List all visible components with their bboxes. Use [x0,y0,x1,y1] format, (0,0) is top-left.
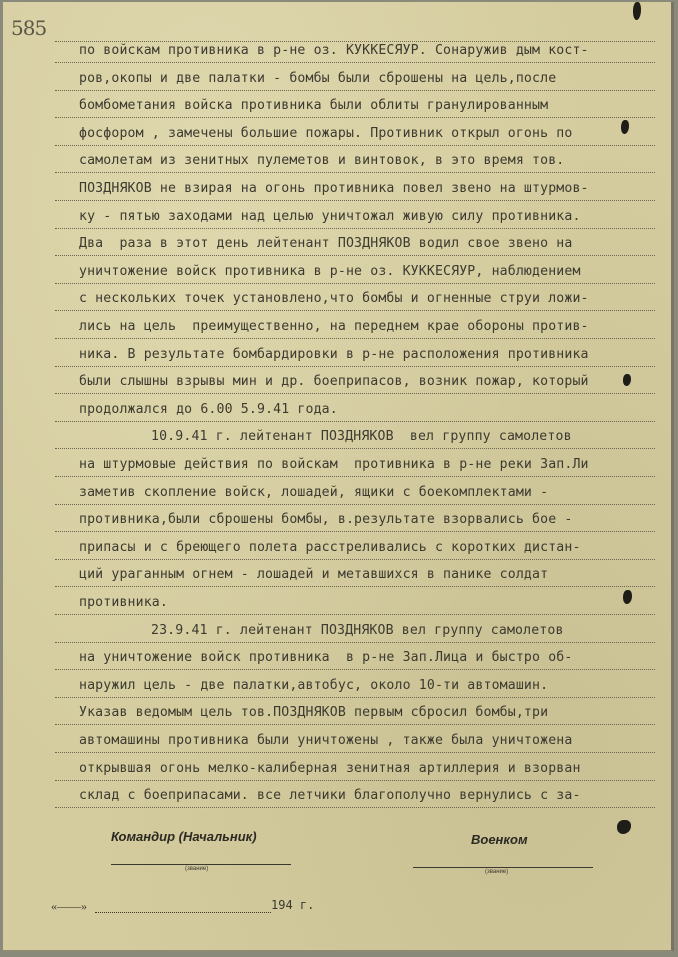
page-number: 585 [11,16,46,40]
ruled-line [55,227,655,229]
text-line: ПОЗДНЯКОВ не взирая на огонь противника … [79,181,589,196]
date-year-label: 194 г. [271,898,314,912]
ruled-line [55,585,655,587]
ruled-line [55,668,655,670]
text-line: ров,окопы и две палатки - бомбы были сбр… [79,71,556,86]
text-line: противника,были сброшены бомбы, в.резуль… [79,512,572,527]
ruled-line [55,61,655,63]
text-line: самолетам из зенитных пулеметов и винтов… [79,153,564,168]
ruled-line [55,806,655,808]
ruled-line [55,144,655,146]
ruled-line [55,116,655,118]
ruled-line [55,475,655,477]
text-line: на уничтожение войск противника в р-не З… [79,650,572,665]
ink-blot [633,2,641,20]
text-line: продолжался до 6.00 5.9.41 года. [79,402,338,417]
ink-blot [623,590,632,604]
ruled-line [55,420,655,422]
ink-blot [617,820,631,834]
text-line: с нескольких точек установлено,что бомбы… [79,291,589,306]
ruled-line [55,337,655,339]
text-line: уничтожение войск противника в р-не оз. … [79,264,581,279]
text-line: Указав ведомым цель тов.ПОЗДНЯКОВ первым… [79,705,548,720]
ruled-line [55,613,655,615]
ruled-line [55,696,655,698]
ruled-line [55,199,655,201]
ruled-line [55,365,655,367]
text-line: ку - пятью заходами над целью уничтожал … [79,209,581,224]
commander-label: Командир (Начальник) [111,829,257,844]
text-line: 10.9.41 г. лейтенант ПОЗДНЯКОВ вел групп… [151,429,572,444]
commissar-caption: (звание) [485,869,508,875]
commissar-label: Военком [471,832,528,847]
ruled-line [55,723,655,725]
text-line: автомашины противника были уничтожены , … [79,733,572,748]
ruled-line [55,309,655,311]
ruled-line [55,779,655,781]
ruled-line [55,89,655,91]
text-line: лись на цель преимущественно, на передне… [79,319,589,334]
ruled-line [55,447,655,449]
text-line: фосфором , замечены большие пожары. Прот… [79,126,572,141]
ruled-line [55,641,655,643]
ruled-line [55,40,655,42]
document-page: 585 Командир (Начальник) (звание) Военко… [3,2,674,952]
text-line: были слышны взрывы мин и др. боеприпасов… [79,374,589,389]
date-day-field: «——» [51,899,87,914]
date-month-field [95,911,271,913]
text-line: 23.9.41 г. лейтенант ПОЗДНЯКОВ вел групп… [151,623,564,638]
ruled-line [55,530,655,532]
ink-blot [621,120,629,134]
text-line: заметив скопление войск, лошадей, ящики … [79,485,548,500]
ruled-line [55,751,655,753]
ruled-line [55,503,655,505]
text-line: бомбометания войска противника были обли… [79,98,548,113]
commander-caption: (звание) [185,866,208,872]
text-line: наружил цель - две палатки,автобус, окол… [79,678,548,693]
ruled-line [55,254,655,256]
ink-blot [623,374,631,386]
text-line: ций ураганным огнем - лошадей и метавших… [79,567,548,582]
text-line: противника. [79,595,168,610]
text-line: на штурмовые действия по войскам противн… [79,457,589,472]
ruled-line [55,392,655,394]
text-line: открывшая огонь мелко-калиберная зенитна… [79,761,581,776]
text-line: припасы и с бреющего полета расстреливал… [79,540,581,555]
commander-signature-line [111,864,291,865]
ruled-line [55,558,655,560]
text-line: по войскам противника в р-не оз. КУККЕСЯ… [79,43,589,58]
ruled-line [55,171,655,173]
ruled-line [55,282,655,284]
commissar-signature-line [413,867,593,868]
text-line: ника. В результате бомбардировки в р-не … [79,347,589,362]
text-line: Два раза в этот день лейтенант ПОЗДНЯКОВ… [79,236,572,251]
text-line: склад с боеприпасами. все летчики благоп… [79,788,581,803]
